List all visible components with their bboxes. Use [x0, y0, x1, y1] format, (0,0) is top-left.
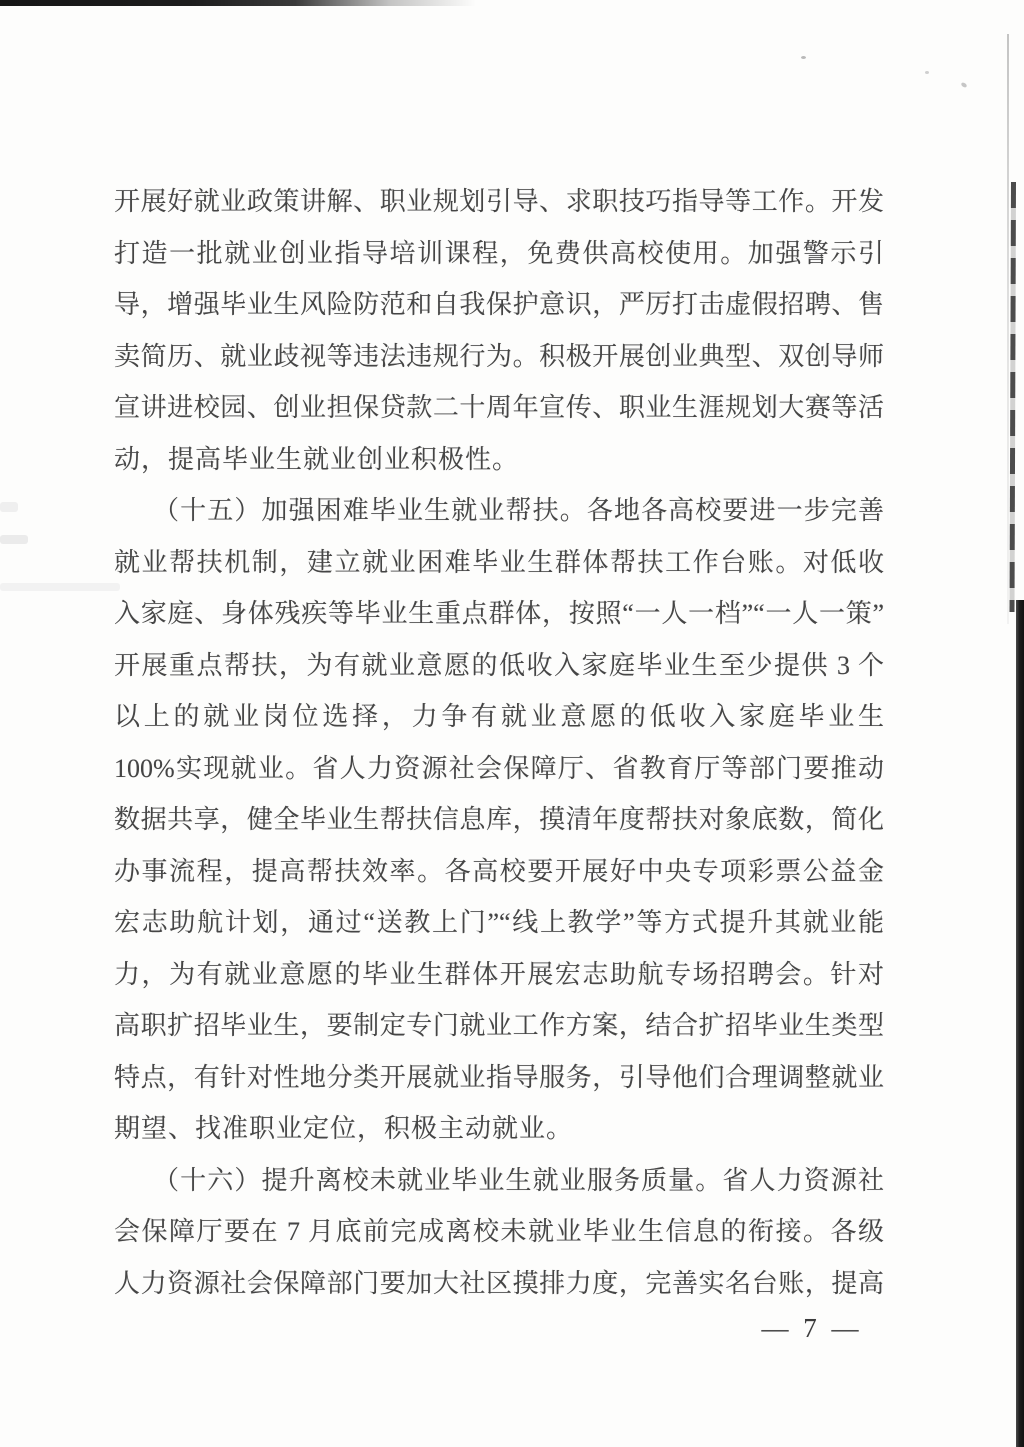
text-line: 就业帮扶机制，建立就业困难毕业生群体帮扶工作台账。对低收 — [114, 537, 884, 589]
text-line: 打造一批就业创业指导培训课程，免费供高校使用。加强警示引 — [114, 228, 884, 280]
scan-right-edge-artifact-lower — [1016, 600, 1024, 1447]
page-number: — 7 — — [752, 1310, 868, 1346]
scan-speck — [925, 71, 929, 74]
text-line: 开展重点帮扶，为有就业意愿的低收入家庭毕业生至少提供 3 个 — [114, 640, 884, 692]
text-line: 期望、找准职业定位，积极主动就业。 — [114, 1103, 884, 1155]
document-text: 开展好就业政策讲解、职业规划引导、求职技巧指导等工作。开发打造一批就业创业指导培… — [114, 176, 884, 1309]
text-line: 以上的就业岗位选择，力争有就业意愿的低收入家庭毕业生 — [114, 691, 884, 743]
scan-left-smudge — [0, 583, 120, 591]
text-line: 卖简历、就业歧视等违法违规行为。积极开展创业典型、双创导师 — [114, 331, 884, 383]
text-line: 开展好就业政策讲解、职业规划引导、求职技巧指导等工作。开发 — [114, 176, 884, 228]
text-line: 导，增强毕业生风险防范和自我保护意识，严厉打击虚假招聘、售 — [114, 279, 884, 331]
text-line: 动，提高毕业生就业创业积极性。 — [114, 434, 884, 486]
text-line: 力，为有就业意愿的毕业生群体开展宏志助航专场招聘会。针对 — [114, 949, 884, 1001]
text-line: 办事流程，提高帮扶效率。各高校要开展好中央专项彩票公益金 — [114, 846, 884, 898]
scan-speck — [960, 82, 967, 89]
scan-right-edge-artifact-upper — [1009, 182, 1016, 612]
text-line: （十六）提升离校未就业毕业生就业服务质量。省人力资源社 — [114, 1155, 884, 1207]
scan-speck — [801, 56, 806, 59]
text-line: 高职扩招毕业生，要制定专门就业工作方案，结合扩招毕业生类型 — [114, 1000, 884, 1052]
document-page: 开展好就业政策讲解、职业规划引导、求职技巧指导等工作。开发打造一批就业创业指导培… — [0, 0, 1024, 1447]
scan-top-edge-artifact — [0, 0, 476, 6]
text-line: 人力资源社会保障部门要加大社区摸排力度，完善实名台账，提高 — [114, 1258, 884, 1310]
scan-left-smudge — [0, 502, 18, 512]
text-line: 100%实现就业。省人力资源社会保障厅、省教育厅等部门要推动 — [114, 743, 884, 795]
scan-left-smudge — [0, 535, 28, 544]
text-line: （十五）加强困难毕业生就业帮扶。各地各高校要进一步完善 — [114, 485, 884, 537]
text-line: 数据共享，健全毕业生帮扶信息库，摸清年度帮扶对象底数，简化 — [114, 794, 884, 846]
text-line: 宣讲进校园、创业担保贷款二十周年宣传、职业生涯规划大赛等活 — [114, 382, 884, 434]
text-line: 特点，有针对性地分类开展就业指导服务，引导他们合理调整就业 — [114, 1052, 884, 1104]
scan-right-faint-line-artifact — [1007, 34, 1009, 624]
text-line: 入家庭、身体残疾等毕业生重点群体，按照“一人一档”“一人一策” — [114, 588, 884, 640]
text-line: 宏志助航计划，通过“送教上门”“线上教学”等方式提升其就业能 — [114, 897, 884, 949]
text-line: 会保障厅要在 7 月底前完成离校未就业毕业生信息的衔接。各级 — [114, 1206, 884, 1258]
